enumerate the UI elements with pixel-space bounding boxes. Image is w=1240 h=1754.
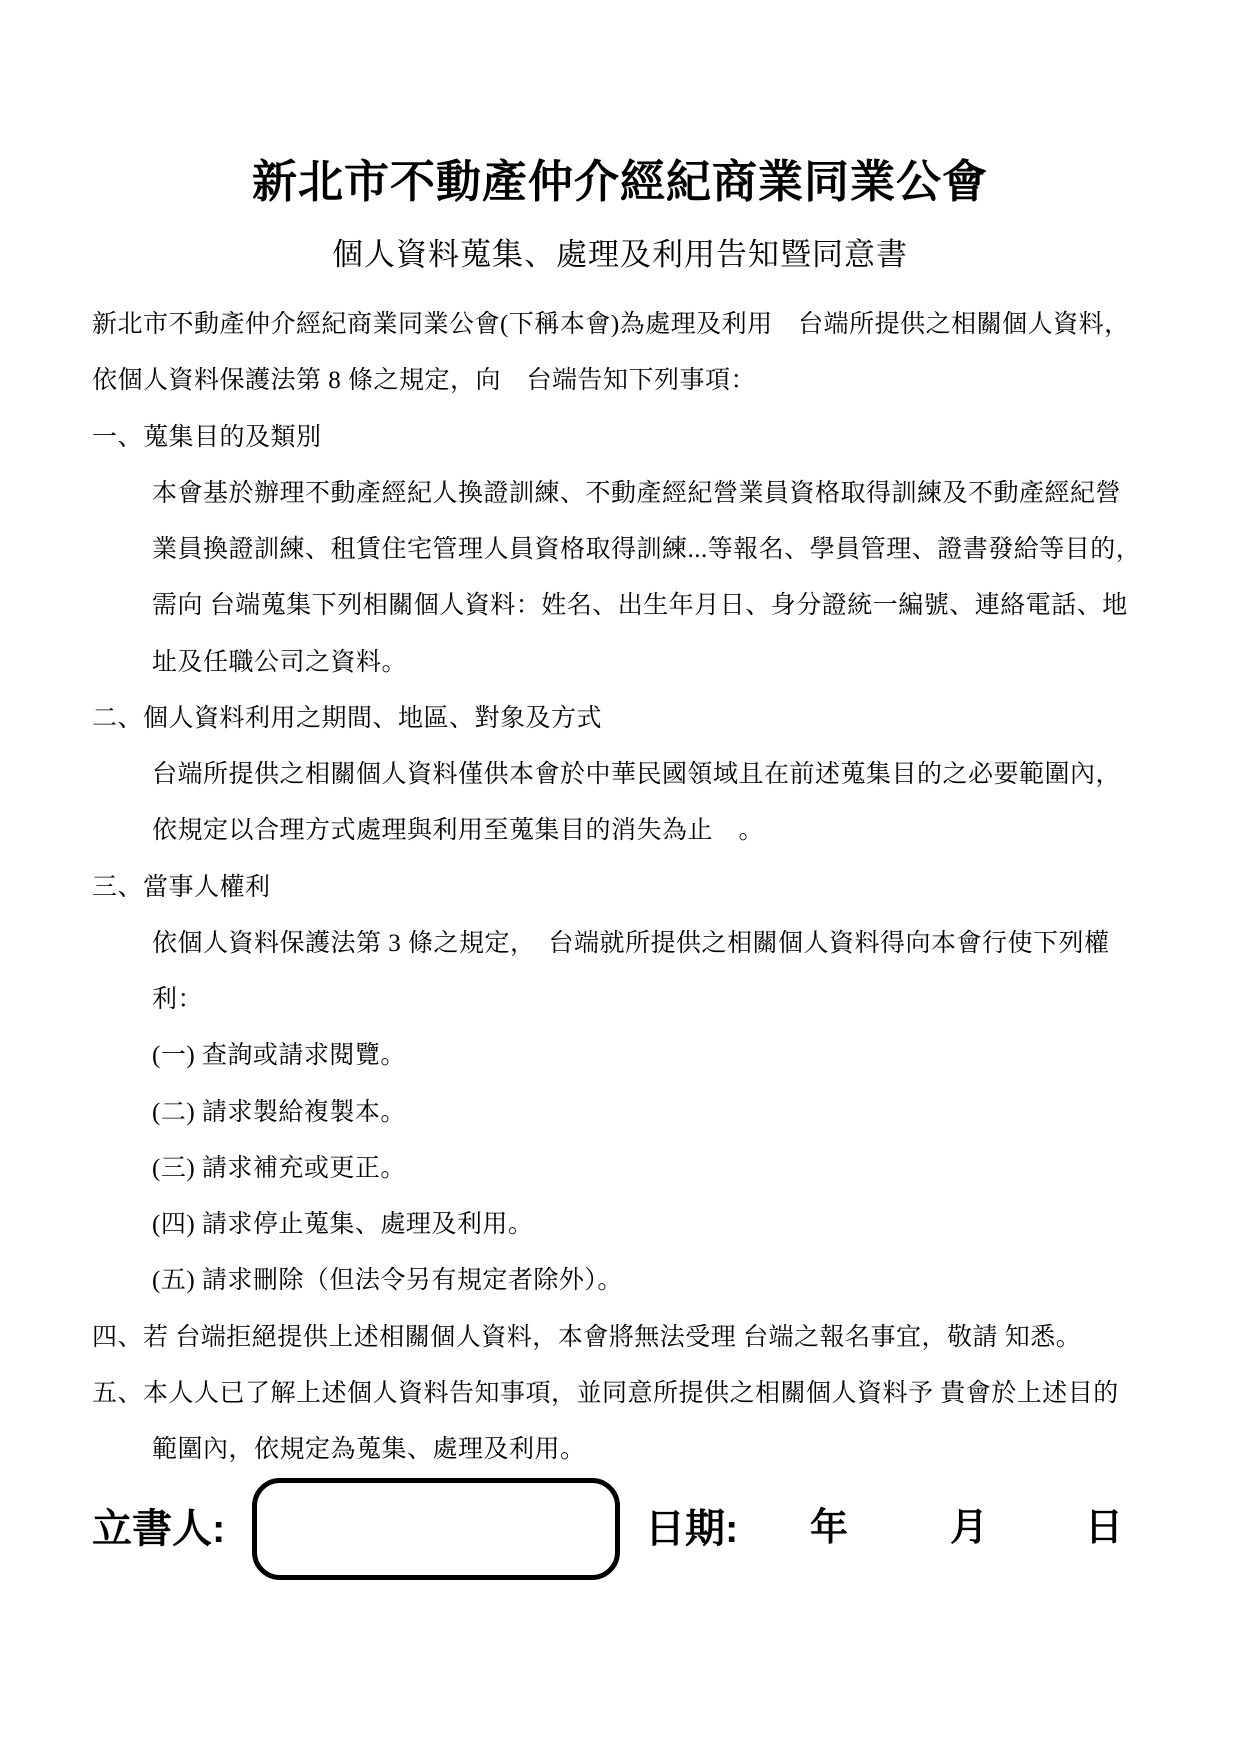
document-line: 址及任職公司之資料。 [92, 635, 1152, 691]
document-line: 業員換證訓練、租賃住宅管理人員資格取得訓練...等報名、學員管理、證書發給等目的… [92, 522, 1152, 578]
signature-row: 立書人: 日期: 年 月 日 [0, 1478, 1240, 1588]
signer-label: 立書人: [92, 1509, 225, 1549]
month-label: 月 [950, 1509, 988, 1547]
document-line: 依個人資料保護法第 8 條之規定，向 台端告知下列事項： [92, 353, 1152, 409]
document-line-list-item-2: (二) 請求製給複製本。 [92, 1085, 1152, 1141]
document-line-heading-3: 三、當事人權利 [92, 860, 1152, 916]
document-line: 需向 台端蒐集下列相關個人資料：姓名、出生年月日、身分證統一編號、連絡電話、地 [92, 578, 1152, 634]
document-body: 新北市不動產仲介經紀商業同業公會(下稱本會)為處理及利用 台端所提供之相關個人資… [92, 297, 1152, 1478]
document-line-list-item-5: (五) 請求刪除（但法令另有規定者除外）。 [92, 1253, 1152, 1309]
document-line: 新北市不動產仲介經紀商業同業公會(下稱本會)為處理及利用 台端所提供之相關個人資… [92, 297, 1152, 353]
document-line-heading-2: 二、個人資料利用之期間、地區、對象及方式 [92, 691, 1152, 747]
document-page: 新北市不動產仲介經紀商業同業公會 個人資料蒐集、處理及利用告知暨同意書 新北市不… [0, 0, 1240, 1754]
document-line-heading-1: 一、蒐集目的及類別 [92, 410, 1152, 466]
document-line-heading-4: 四、若 台端拒絕提供上述相關個人資料，本會將無法受理 台端之報名事宜，敬請 知悉… [92, 1310, 1152, 1366]
document-line: 依個人資料保護法第 3 條之規定， 台端就所提供之相關個人資料得向本會行使下列權 [92, 916, 1152, 972]
document-line-heading-5: 五、本人人已了解上述個人資料告知事項，並同意所提供之相關個人資料予 貴會於上述目… [92, 1366, 1152, 1422]
document-line: 利： [92, 972, 1152, 1028]
document-line-list-item-1: (一) 查詢或請求閱覽。 [92, 1028, 1152, 1084]
document-line: 本會基於辦理不動產經紀人換證訓練、不動產經紀營業員資格取得訓練及不動產經紀營 [92, 466, 1152, 522]
document-line: 依規定以合理方式處理與利用至蒐集目的消失為止 。 [92, 803, 1152, 859]
document-line-list-item-4: (四) 請求停止蒐集、處理及利用。 [92, 1197, 1152, 1253]
document-title: 新北市不動產仲介經紀商業同業公會 [0, 158, 1240, 208]
signature-box[interactable] [252, 1478, 620, 1580]
year-label: 年 [810, 1509, 848, 1547]
document-line: 範圍內，依規定為蒐集、處理及利用。 [92, 1422, 1152, 1478]
document-line-list-item-3: (三) 請求補充或更正。 [92, 1141, 1152, 1197]
day-label: 日 [1085, 1509, 1123, 1547]
document-subtitle: 個人資料蒐集、處理及利用告知暨同意書 [0, 238, 1240, 272]
date-label: 日期: [645, 1509, 738, 1549]
document-line: 台端所提供之相關個人資料僅供本會於中華民國領域且在前述蒐集目的之必要範圍內， [92, 747, 1152, 803]
